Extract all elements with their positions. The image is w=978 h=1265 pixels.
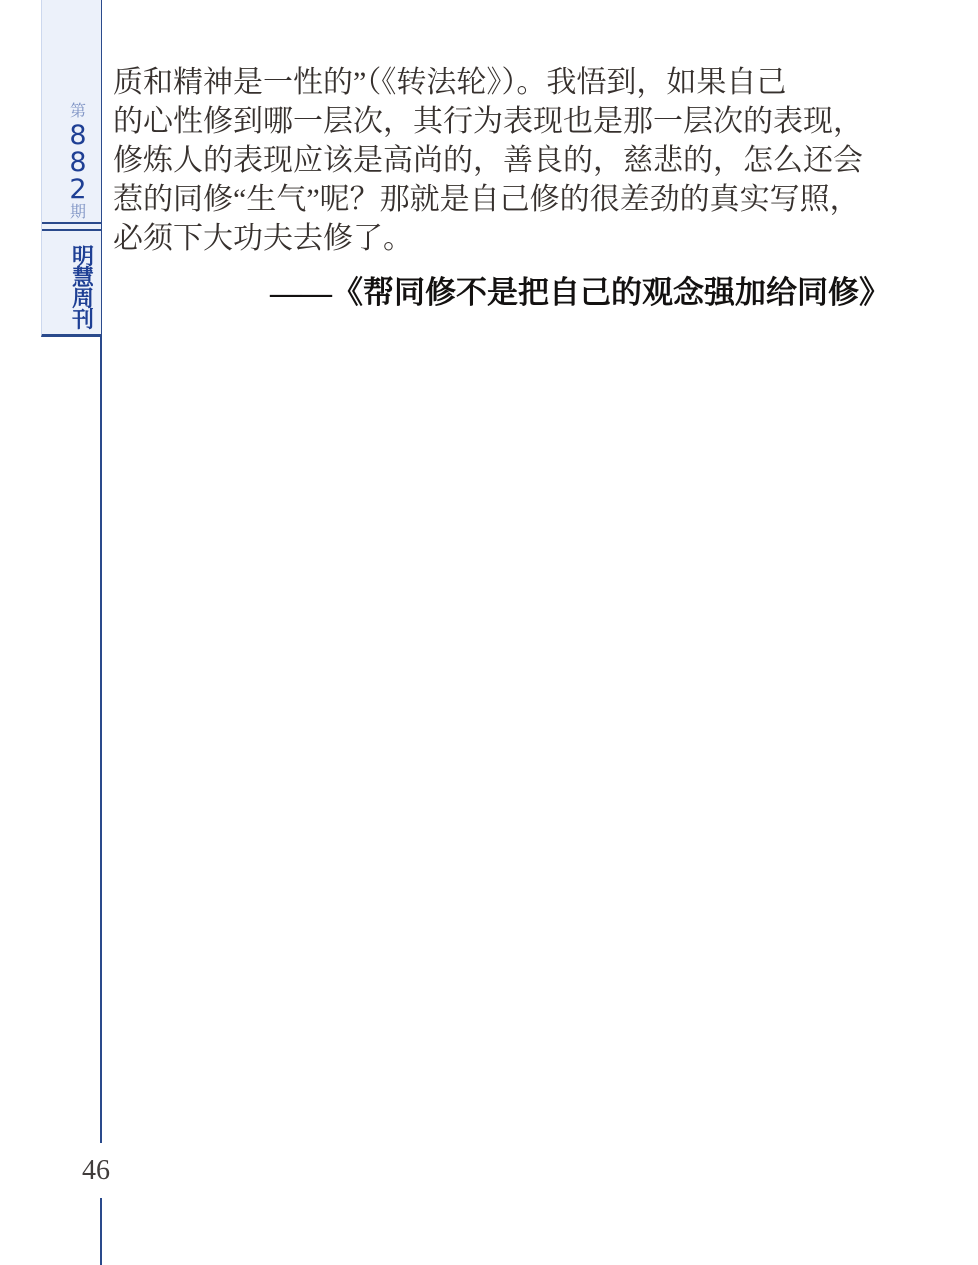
paragraph-line: 必须下大功夫去修了。: [113, 219, 973, 258]
masthead-char: 慧: [69, 267, 97, 288]
citation-source: ——《帮同修不是把自己的观念强加给同修》: [113, 273, 973, 313]
article-body: 质和精神是一性的”（《转法轮》）。我悟到，如果自己 的心性修到哪一层次，其行为表…: [113, 63, 973, 313]
masthead-title: 明 慧 周 刊: [69, 246, 97, 330]
issue-suffix-label: 期: [62, 205, 94, 221]
page-number: 46: [82, 1155, 110, 1187]
paragraph-line: 质和精神是一性的”（《转法轮》）。我悟到，如果自己: [113, 63, 973, 102]
paragraph-line: 修炼人的表现应该是高尚的，善良的，慈悲的，怎么还会: [113, 141, 973, 180]
masthead-char: 明: [69, 246, 97, 267]
issue-digit: 8: [62, 122, 94, 149]
issue-prefix-label: 第: [62, 104, 94, 120]
masthead-char: 刊: [69, 309, 97, 330]
paragraph-line: 的心性修到哪一层次，其行为表现也是那一层次的表现，: [113, 102, 973, 141]
issue-digit: 8: [62, 149, 94, 176]
issue-separator-lines: [42, 222, 101, 231]
page-vertical-rule-bottom: [100, 1198, 102, 1265]
issue-masthead-box: 第 8 8 2 期 明 慧 周 刊: [41, 0, 101, 337]
issue-number-column: 第 8 8 2 期: [62, 102, 94, 223]
paragraph-line: 惹的同修“生气”呢？那就是自己修的很差劲的真实写照，: [113, 180, 973, 219]
issue-digit: 2: [62, 176, 94, 203]
masthead-char: 周: [69, 288, 97, 309]
